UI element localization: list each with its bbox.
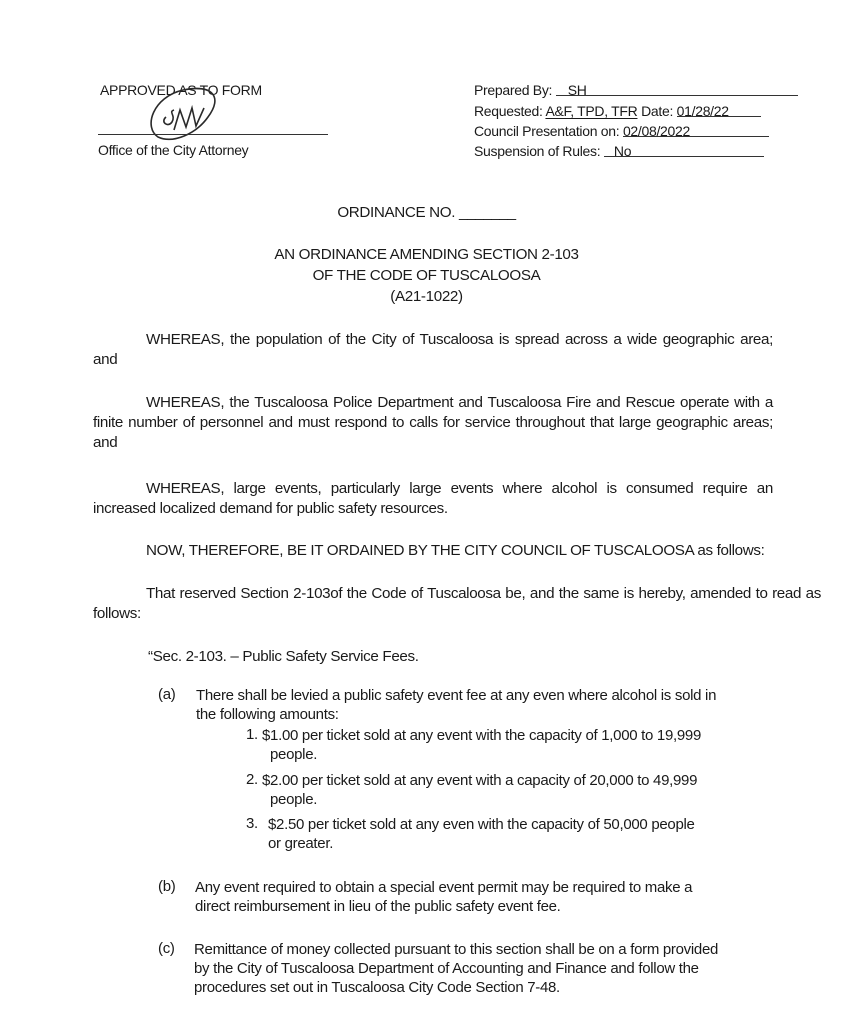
suspension-of-rules-label: Suspension of Rules: bbox=[474, 143, 600, 159]
fee-item-2-text: $2.00 per ticket sold at any event with … bbox=[262, 771, 720, 809]
council-presentation-row: Council Presentation on: 02/08/2022 bbox=[474, 123, 769, 139]
ordinance-title-line-2: OF THE CODE OF TUSCALOOSA bbox=[0, 267, 853, 284]
subsection-a-label: (a) bbox=[158, 686, 175, 703]
whereas-clause-1: WHEREAS, the population of the City of T… bbox=[93, 330, 773, 370]
office-of-city-attorney-label: Office of the City Attorney bbox=[98, 142, 248, 158]
subsection-a-text: There shall be levied a public safety ev… bbox=[196, 686, 726, 724]
fee-item-2-number: 2. bbox=[246, 771, 258, 788]
subsection-b-label: (b) bbox=[158, 878, 175, 895]
date-label: Date: bbox=[641, 103, 673, 119]
requested-value: A&F, TPD, TFR bbox=[545, 103, 637, 119]
date-value: 01/28/22 bbox=[677, 103, 761, 117]
fee-item-3-number: 3. bbox=[246, 815, 258, 832]
signature-line bbox=[98, 134, 328, 135]
subsection-c-text: Remittance of money collected pursuant t… bbox=[194, 940, 729, 997]
subsection-b-text: Any event required to obtain a special e… bbox=[195, 878, 725, 916]
prepared-by-row: Prepared By: SH bbox=[474, 82, 798, 98]
whereas-clause-2: WHEREAS, the Tuscaloosa Police Departmen… bbox=[93, 393, 773, 453]
council-presentation-label: Council Presentation on: bbox=[474, 123, 619, 139]
subsection-c-label: (c) bbox=[158, 940, 175, 957]
section-heading: “Sec. 2-103. – Public Safety Service Fee… bbox=[148, 648, 419, 665]
ordinance-title-line-1: AN ORDINANCE AMENDING SECTION 2-103 bbox=[0, 246, 853, 263]
requested-label: Requested: bbox=[474, 103, 543, 119]
requested-row: Requested: A&F, TPD, TFR Date: 01/28/22 bbox=[474, 103, 761, 119]
prepared-by-label: Prepared By: bbox=[474, 82, 552, 98]
ordained-clause: NOW, THEREFORE, BE IT ORDAINED BY THE CI… bbox=[146, 542, 764, 559]
prepared-by-value: SH bbox=[556, 82, 798, 96]
suspension-of-rules-value: No bbox=[604, 143, 764, 157]
whereas-clause-3: WHEREAS, large events, particularly larg… bbox=[93, 479, 773, 519]
amend-clause: That reserved Section 2-103of the Code o… bbox=[93, 584, 821, 624]
suspension-of-rules-row: Suspension of Rules: No bbox=[474, 143, 764, 159]
ordinance-title-line-3: (A21-1022) bbox=[0, 288, 853, 305]
ordinance-number: ORDINANCE NO. _______ bbox=[0, 204, 853, 221]
fee-item-1-text: $1.00 per ticket sold at any event with … bbox=[262, 726, 710, 764]
fee-item-1-number: 1. bbox=[246, 726, 258, 743]
fee-item-3-text: $2.50 per ticket sold at any even with t… bbox=[268, 815, 698, 853]
council-presentation-value: 02/08/2022 bbox=[623, 123, 769, 137]
